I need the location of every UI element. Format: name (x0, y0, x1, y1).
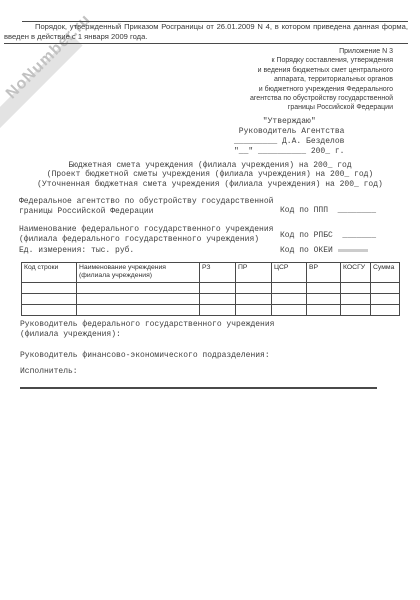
code-ppp: Код по ППП ________ (280, 206, 376, 216)
table-header-row: Код строки Наименование учреждения (фили… (22, 263, 400, 283)
code-rpbs: Код по РПБС _______ (280, 231, 376, 241)
table-header-cell: Сумма (371, 263, 400, 283)
appendix-line: и ведения бюджетных смет центрального (250, 66, 393, 75)
appendix-line: к Порядку составления, утверждения (250, 56, 393, 65)
signature-head-of-finance: Руководитель финансово-экономического по… (20, 351, 270, 361)
document-page: NoNumber.ru Порядок, утвержденный Приказ… (0, 0, 420, 600)
table-header-cell: РЗ (200, 263, 236, 283)
appendix-line: и бюджетного учреждения Федерального (250, 85, 393, 94)
table-row (22, 283, 400, 294)
code-okei-blank (338, 249, 368, 253)
table-header-cell: ПР (236, 263, 272, 283)
budget-table: Код строки Наименование учреждения (фили… (21, 262, 400, 316)
form-title-line: (Уточненная бюджетная смета учреждения (… (10, 180, 410, 189)
agency-name: Федеральное агентство по обустройству го… (19, 197, 273, 217)
table-row (22, 294, 400, 305)
approval-block: "Утверждаю" Руководитель Агентства _____… (234, 117, 344, 157)
form-title: Бюджетная смета учреждения (филиала учре… (10, 161, 410, 189)
form-title-line: (Проект бюджетной сметы учреждения (фили… (10, 170, 410, 179)
institution-name-label: Наименование федерального государственно… (19, 225, 273, 245)
table-header-cell: Код строки (22, 263, 77, 283)
table-header-cell: КОСГУ (341, 263, 371, 283)
appendix-line: границы Российской Федерации (250, 103, 393, 112)
signature-head-of-institution: Руководитель федерального государственно… (20, 320, 274, 340)
form-title-line: Бюджетная смета учреждения (филиала учре… (10, 161, 410, 170)
table-row (22, 305, 400, 316)
top-note: Порядок, утвержденный Приказом Росграниц… (4, 21, 408, 44)
appendix-line: Приложение N 3 (250, 47, 393, 56)
bottom-rule (20, 387, 377, 389)
appendix-line: аппарата, территориальных органов (250, 75, 393, 84)
table-header-cell: ЦСР (272, 263, 307, 283)
units-label: Ед. измерения: тыс. руб. (19, 246, 134, 256)
signature-executor: Исполнитель: (20, 367, 78, 377)
code-okei-label: Код по ОКЕИ (280, 246, 333, 255)
table-header-cell: ВР (307, 263, 341, 283)
code-okei: Код по ОКЕИ (280, 246, 368, 256)
appendix-line: агентства по обустройству государственно… (250, 94, 393, 103)
table-header-cell: Наименование учреждения (филиала учрежде… (77, 263, 200, 283)
appendix-block: Приложение N 3 к Порядку составления, ут… (250, 47, 393, 113)
